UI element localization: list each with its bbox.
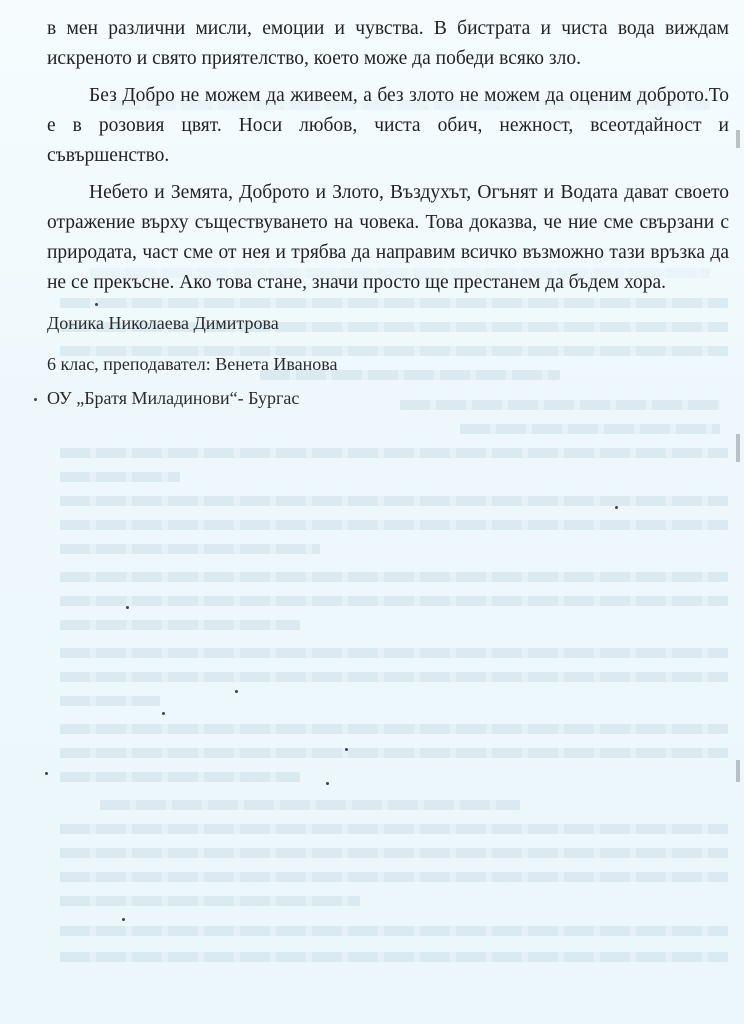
school-name: ОУ „Братя Миладинови“- Бургас <box>47 388 299 409</box>
bleed-through-line <box>60 952 728 962</box>
bleed-through-line <box>100 800 520 810</box>
scan-edge-mark <box>736 760 740 782</box>
paragraph-2: Без Добро не можем да живеем, а без злот… <box>47 81 729 171</box>
bleed-through-line <box>60 772 300 782</box>
class-teacher: 6 клас, преподавател: Венета Иванова <box>47 354 338 375</box>
scan-speck <box>326 782 329 785</box>
scan-speck <box>95 303 98 306</box>
bleed-through-line <box>60 472 180 482</box>
bleed-through-line <box>60 620 300 630</box>
bleed-through-line <box>60 824 728 834</box>
author-name: Доника Николаева Димитрова <box>47 313 279 334</box>
scan-speck <box>126 606 129 609</box>
essay-body: в мен различни мисли, емоции и чувства. … <box>47 14 729 298</box>
scanned-page: в мен различни мисли, емоции и чувства. … <box>0 0 744 1024</box>
paragraph-3: Небето и Земята, Доброто и Злото, Въздух… <box>47 178 729 298</box>
scan-speck <box>345 748 348 751</box>
paragraph-1: в мен различни мисли, емоции и чувства. … <box>47 14 729 74</box>
bleed-through-line <box>460 424 720 434</box>
scan-speck <box>615 506 618 509</box>
scan-speck <box>122 918 125 921</box>
bleed-through-line <box>60 748 728 758</box>
bleed-through-line <box>60 496 728 506</box>
bleed-through-line <box>60 298 728 308</box>
bleed-through-line <box>60 926 728 936</box>
bleed-through-line <box>60 724 728 734</box>
bleed-through-line <box>60 696 160 706</box>
bleed-through-line <box>60 648 728 658</box>
bleed-through-line <box>60 520 728 530</box>
scan-speck <box>45 772 48 775</box>
bleed-through-line <box>60 872 728 882</box>
bleed-through-line <box>60 848 728 858</box>
bleed-through-line <box>60 896 360 906</box>
bleed-through-line <box>400 400 720 410</box>
bleed-through-line <box>60 672 728 682</box>
scan-edge-mark <box>736 130 740 148</box>
bleed-through-line <box>60 572 728 582</box>
bleed-through-line <box>60 544 320 554</box>
bleed-through-line <box>60 596 728 606</box>
scan-speck <box>235 690 238 693</box>
scan-speck <box>162 712 165 715</box>
scan-edge-mark <box>736 434 740 462</box>
bleed-through-line <box>60 448 728 458</box>
scan-speck <box>34 398 37 401</box>
